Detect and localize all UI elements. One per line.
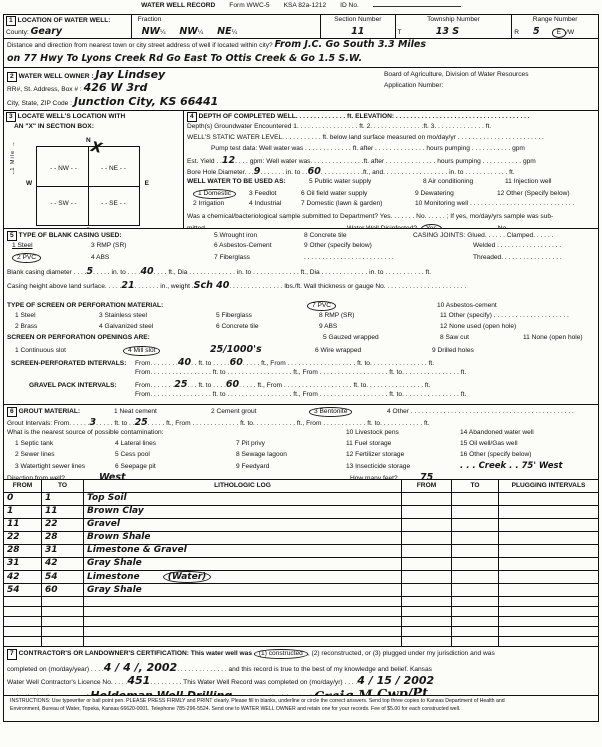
plug-to xyxy=(452,519,499,532)
grout-opt-2: 2 Cement grout xyxy=(211,408,309,416)
plug-desc xyxy=(499,584,599,597)
business-name-value: Holdeman Well Drilling xyxy=(90,689,232,696)
screen-opt-9: 9 ABS xyxy=(319,323,440,331)
plug-desc xyxy=(499,493,599,506)
casing-weight-value: Sch 40 xyxy=(194,280,230,291)
screen-material-title: TYPE OF SCREEN OR PERFORATION MATERIAL: xyxy=(7,302,307,310)
township-cell: Township Number T13 S xyxy=(396,15,513,38)
section3-title-line2: AN "X" IN SECTION BOX: xyxy=(14,123,94,130)
log-row-empty xyxy=(4,617,599,627)
screen-perforation-block: TYPE OF SCREEN OR PERFORATION MATERIAL:7… xyxy=(3,299,599,357)
log-from: 0 xyxy=(4,493,42,506)
grout-opt-1: 1 Neat cement xyxy=(114,408,211,416)
sp-post: . . . . . ft., From . . . . . . . . . . … xyxy=(243,360,434,368)
log-desc: Brown Clay xyxy=(84,506,402,519)
grout-opt-4: 4 Other . . . . . . . . . . . . . . . . … xyxy=(387,408,574,416)
log-row: 4254Limestone (Water) xyxy=(4,571,599,584)
use-row-3: 2 Irrigation4 Industrial7 Domestic (lawn… xyxy=(187,200,595,211)
gi-post: . . . . . ft., From . . . . . . . . . . … xyxy=(148,420,430,427)
signature-value: Craig M Cwp/Pt xyxy=(314,686,429,696)
openings-opt-4: 4 Mill slot xyxy=(128,347,155,354)
log-cell-empty xyxy=(452,617,499,627)
plug-from xyxy=(402,545,452,558)
range-label: Range Number xyxy=(514,16,596,27)
form-number: Form WWC-5 xyxy=(229,2,269,10)
log-from: 1 xyxy=(4,506,42,519)
section2-number: 2 xyxy=(7,72,17,82)
log-cell-empty xyxy=(499,617,599,627)
contam-opt-8: 8 Sewage lagoon xyxy=(236,451,346,459)
openings-opt-8: 8 Saw cut xyxy=(440,334,523,342)
log-to: 54 xyxy=(42,571,84,584)
use-opt-4: 4 Industrial xyxy=(249,200,301,208)
dia-mid: . . . . . in. to . . . . xyxy=(93,269,140,276)
county-cell: 1LOCATION OF WATER WELL: County: Geary xyxy=(4,15,132,38)
plug-to xyxy=(452,506,499,519)
grout-title: GROUT MATERIAL: xyxy=(19,408,80,415)
instructions-line1: INSTRUCTIONS: Use typewriter or ball poi… xyxy=(10,698,592,706)
screen-opt-4: 4 Galvanized steel xyxy=(99,323,216,331)
log-cell-empty xyxy=(402,597,452,607)
plug-to xyxy=(452,584,499,597)
grid-horizontal-line xyxy=(37,186,139,187)
use-opt-12: 12 Other (Specify below) xyxy=(497,190,570,198)
screen-interval-from-value: 40 xyxy=(178,358,191,368)
section1-location: 1LOCATION OF WATER WELL: County: Geary F… xyxy=(3,14,599,39)
blank-casing-diameter-line: Blank casing diameter . . . .5. . . . . … xyxy=(7,267,595,278)
use-opt-2: 2 Irrigation xyxy=(193,200,249,208)
dia-post: . . . . ft., Dia . . . . . . . . . . . .… xyxy=(154,269,431,276)
col-lithologic-log: LITHOLOGIC LOG xyxy=(84,480,402,493)
section1-number: 1 xyxy=(6,16,16,26)
log-cell-empty xyxy=(42,627,84,637)
quadrant-se-label: SE xyxy=(101,200,126,208)
gi-mid: . . . . . ft. to . . xyxy=(96,420,134,427)
fraction-cell: Fraction NW¼ NW¼ NE¼ xyxy=(132,15,321,38)
arrow-up-icon: ↑ xyxy=(12,142,15,150)
section2-title: WATER WELL OWNER : xyxy=(19,73,94,80)
casing-opt-6: 6 Asbestos-Cement xyxy=(214,242,304,250)
static-level-line: WELL'S STATIC WATER LEVEL. . . . . . . .… xyxy=(187,134,595,145)
screen-intervals-label: SCREEN-PERFORATED INTERVALS: xyxy=(7,360,135,368)
log-desc: Gray Shale xyxy=(84,558,402,571)
slot-size-value: 25/1000's xyxy=(210,345,315,355)
one-mile-arrow: ↑ 1 Mile ↓ xyxy=(10,142,17,226)
range-value: 5 xyxy=(533,26,540,37)
plug-to xyxy=(452,571,499,584)
contam-opt-16: 16 Other (specify below) xyxy=(460,451,531,459)
section1-title: LOCATION OF WATER WELL: xyxy=(18,17,111,24)
screen-opt-7-circled: 7 PVC xyxy=(307,301,437,311)
log-cell-empty xyxy=(42,597,84,607)
use-opt-3: 3 Feedlot xyxy=(249,190,301,198)
section-number-value: 11 xyxy=(351,26,364,37)
owner-city-value: Junction City, KS 66441 xyxy=(74,95,219,108)
contam-opt-10: 10 Livestock pens xyxy=(346,429,460,437)
casing-opt-2-circled: 2 PVC xyxy=(12,253,91,263)
use-opt-1-circled: 1 Domestic xyxy=(193,189,249,199)
sp-mid: . . ft. to . . . . . xyxy=(191,360,229,368)
use-label: WELL WATER TO BE USED AS: xyxy=(187,178,309,186)
openings-opt-5: 5 Gauzed wrapped xyxy=(323,334,440,342)
licence-number-value: 451 xyxy=(127,674,150,687)
constructed-circled: (1) constructed xyxy=(254,649,308,659)
owner-address-label: RR#, St. Address, Box # : xyxy=(7,86,82,93)
casing-opt-4: 4 ABS xyxy=(91,254,214,262)
contam-opt-11: 11 Fuel storage xyxy=(346,440,460,448)
gi-pre: Grout Intervals: From. . . . . . xyxy=(7,420,89,427)
log-desc: Brown Shale xyxy=(84,532,402,545)
arrow-down-icon: ↓ xyxy=(12,170,15,178)
screen-opt-6: 6 Concrete tile xyxy=(216,323,319,331)
casing-joint-threaded: Threaded. . . . . . . . . . . . . . . . … xyxy=(413,254,562,262)
section4-number: 4 xyxy=(187,112,197,122)
log-cell-empty xyxy=(84,607,402,617)
north-label: N xyxy=(86,137,91,145)
log-to: 31 xyxy=(42,545,84,558)
contam-opt-2: 2 Sewer lines xyxy=(15,451,115,459)
use-row-2: 1 Domestic3 Feedlot6 Oil field water sup… xyxy=(187,189,595,200)
log-cell-empty xyxy=(452,627,499,637)
grout-intervals-line: Grout Intervals: From. . . . . .3. . . .… xyxy=(7,418,595,429)
log-to: 11 xyxy=(42,506,84,519)
section-grid-box: NW NE SW SE N S W E X xyxy=(36,146,140,226)
screen-opt-12: 12 None used (open hole) xyxy=(440,323,516,331)
one-mile-label: 1 Mile xyxy=(10,150,17,171)
contam-opt-5: 5 Cess pool xyxy=(115,451,236,459)
log-cell-empty xyxy=(402,607,452,617)
cert-l2-post: . . . . . . . . . . . . . . and this rec… xyxy=(177,666,432,673)
log-from: 22 xyxy=(4,532,42,545)
log-row: 3142Gray Shale xyxy=(4,558,599,571)
plug-desc xyxy=(499,545,599,558)
log-from: 42 xyxy=(4,571,42,584)
contam-opt-9: 9 Feedyard xyxy=(236,463,346,471)
log-cell-empty xyxy=(402,617,452,627)
log-from: 11 xyxy=(4,519,42,532)
cert-pre: CONTRACTOR'S OR LANDOWNER'S CERTIFICATIO… xyxy=(19,650,252,657)
use-opt-10: 10 Monitoring well . . . . . . . . . . .… xyxy=(415,200,574,208)
grout-opt-3: 3 Bentonite xyxy=(314,408,347,415)
casing-opt-2: 2 PVC xyxy=(17,254,36,261)
bore-depth-value: 60 xyxy=(308,166,321,177)
distance-label: Distance and direction from nearest town… xyxy=(7,42,273,49)
contam-opt-3: 3 Watertight sewer lines xyxy=(15,463,115,471)
quadrant-ne-label: NE xyxy=(101,165,126,173)
screen-opt-7: 7 PVC xyxy=(312,302,331,309)
county-label: County: xyxy=(6,29,29,36)
plug-to xyxy=(452,493,499,506)
plug-desc xyxy=(499,506,599,519)
section2-owner: 2WATER WELL OWNER : Jay Lindsey RR#, St.… xyxy=(3,67,599,111)
sample-question-line: Was a chemical/bacteriological sample su… xyxy=(187,213,595,224)
contam-opt-12: 12 Fertilizer storage xyxy=(346,451,460,459)
log-cell-empty xyxy=(499,637,599,647)
distance-value-line2: on 77 Hwy To Lyons Creek Rd Go East To O… xyxy=(7,53,362,64)
quadrant-nw-label: NW xyxy=(50,165,77,173)
log-cell-empty xyxy=(42,617,84,627)
casing-opt-1-underlined: 1 Steel xyxy=(12,242,91,250)
plug-from xyxy=(402,558,452,571)
plug-to xyxy=(452,545,499,558)
wwc5-water-well-record-form: WATER WELL RECORD Form WWC-5 KSA 82a-121… xyxy=(0,0,602,747)
contam-opt-6: 6 Seepage pit xyxy=(115,463,236,471)
log-cell-empty xyxy=(452,597,499,607)
openings-opt-4-circled: 4 Mill slot xyxy=(123,346,210,356)
log-row: 2228Brown Shale xyxy=(4,532,599,545)
gp-pre: From. . . . . . . xyxy=(135,382,174,390)
section-number-cell: Section Number 11 xyxy=(321,15,396,38)
use-opt-8: 8 Air conditioning xyxy=(423,178,505,186)
casing-opt-other-blank: . . . . . . . . . . . . . . . . . . . . … xyxy=(304,254,413,262)
casing-joints-label: CASING JOINTS: Glued. . . . . . Clamped.… xyxy=(413,232,553,240)
screen-opt-11: 11 Other (specify) . . . . . . . . . . .… xyxy=(440,312,569,320)
plug-to xyxy=(452,532,499,545)
casing-height-line: Casing height above land surface. . . . … xyxy=(7,281,595,292)
col-from-right: FROM xyxy=(402,480,452,493)
form-id-blank xyxy=(373,6,461,7)
range-prefix: R xyxy=(514,29,519,36)
record-completed-label: . . . . . . . . . This Water Well Record… xyxy=(150,679,357,686)
screen-opt-2: 2 Brass xyxy=(15,323,99,331)
plug-to xyxy=(452,558,499,571)
log-cell-empty xyxy=(84,637,402,647)
section6-number: 6 xyxy=(7,407,17,417)
grout-opt-3-circled: 3 Bentonite xyxy=(309,407,387,417)
casing-opt-8: 8 Concrete tile xyxy=(304,232,413,240)
log-from: 28 xyxy=(4,545,42,558)
height-post: . . . . . . . . . . . . . . . lbs./ft. W… xyxy=(229,283,466,290)
log-from: 54 xyxy=(4,584,42,597)
use-row-1: WELL WATER TO BE USED AS:5 Public water … xyxy=(187,178,595,189)
use-opt-9: 9 Dewatering xyxy=(415,190,497,198)
licence-label: Water Well Contractor's Licence No. . . … xyxy=(7,679,127,686)
cert-post: , (2) reconstructed, or (3) plugged unde… xyxy=(308,650,495,657)
casing-depth-value: 40 xyxy=(140,266,153,277)
owner-name-value: Jay Lindsey xyxy=(95,68,165,81)
log-row: 2831Limestone & Gravel xyxy=(4,545,599,558)
pump-test-line: Pump test data: Well water was . . . . .… xyxy=(187,145,595,156)
quadrant-sw-label: SW xyxy=(50,200,76,208)
log-cell-empty xyxy=(42,607,84,617)
owner-right: Board of Agriculture, Division of Water … xyxy=(380,68,598,110)
plug-from xyxy=(402,571,452,584)
owner-left: 2WATER WELL OWNER : Jay Lindsey RR#, St.… xyxy=(4,68,380,110)
intervals-block: SCREEN-PERFORATED INTERVALS:From. . . . … xyxy=(3,356,599,405)
use-opt-11: 11 Injection well xyxy=(505,178,551,186)
owner-city-label: City, State, ZIP Code : xyxy=(7,100,72,107)
log-desc: Limestone & Gravel xyxy=(84,545,402,558)
bore-mid: . . . . . . . in. to . . xyxy=(260,169,307,176)
log-to: 42 xyxy=(42,558,84,571)
sample-question-cont: mitted xyxy=(187,225,347,228)
log-desc: Gravel xyxy=(84,519,402,532)
log-cell-empty xyxy=(4,607,42,617)
plug-from xyxy=(402,584,452,597)
gravel-intervals-line2: From. . . . . . . . . . . . . . . . . ft… xyxy=(135,391,466,399)
est-yield-post: . . . . gpm: Well water was. . . . . . .… xyxy=(235,158,536,165)
fraction-label: Fraction xyxy=(138,16,162,23)
contamination-question: What is the nearest source of possible c… xyxy=(7,429,346,437)
screen-opt-8: 8 RMP (SR) xyxy=(319,312,440,320)
col-to-left: TO xyxy=(42,480,84,493)
dia-pre: Blank casing diameter . . . . xyxy=(7,269,87,276)
range-east-circled: E xyxy=(552,28,566,38)
contam-opt-14: 14 Abandoned water well xyxy=(460,429,534,437)
screen-opt-10: 10 Asbestos-cement xyxy=(437,302,497,310)
height-mid: . . . . . . . in., weight . xyxy=(135,283,194,290)
quarter-glyph-3: ¼ xyxy=(232,29,238,36)
lithologic-log-table: FROM TO LITHOLOGIC LOG FROM TO PLUGGING … xyxy=(3,479,599,647)
feet-value: 75 xyxy=(420,473,433,480)
section3-number: 3 xyxy=(6,112,16,122)
plug-from xyxy=(402,532,452,545)
well-location-x-mark: X xyxy=(90,140,103,156)
fraction-3-value: NE xyxy=(217,26,231,37)
casing-opt-9: 9 Other (specify below) xyxy=(304,242,413,250)
section7-certification: 7CONTRACTOR'S OR LANDOWNER'S CERTIFICATI… xyxy=(3,646,599,696)
openings-title: SCREEN OR PERFORATION OPENINGS ARE: xyxy=(7,334,323,342)
section7-number: 7 xyxy=(7,649,17,659)
section5-casing: 5TYPE OF BLANK CASING USED:5 Wrought iro… xyxy=(3,228,599,300)
groundwater-line: Depth(s) Groundwater Encountered 1. . . … xyxy=(187,123,595,134)
contam-opt-1: 1 Septic tank xyxy=(15,440,115,448)
openings-opt-11: 11 None (open hole) xyxy=(523,334,583,342)
casing-opt-5: 5 Wrought iron xyxy=(214,232,304,240)
form-id-label: ID No. xyxy=(340,2,359,10)
distance-direction-block: Distance and direction from nearest town… xyxy=(3,38,599,68)
distance-value-line1: From J.C. Go South 3.3 Miles xyxy=(275,39,426,50)
log-row: 01Top Soil xyxy=(4,493,599,506)
county-value: Geary xyxy=(31,26,63,37)
instructions-line2: Environment, Bureau of Water, Topeka, Ka… xyxy=(10,706,592,714)
use-opt-6: 6 Oil field water supply xyxy=(301,190,415,198)
log-cell-empty xyxy=(42,637,84,647)
plug-from xyxy=(402,519,452,532)
gp-mid: . . . ft. to . . . . xyxy=(187,382,225,390)
owner-address-value: 426 W 3rd xyxy=(84,81,148,94)
plug-desc xyxy=(499,558,599,571)
log-cell-empty xyxy=(4,617,42,627)
screen-interval-to-value: 60 xyxy=(230,358,243,368)
screen-opt-1: 1 Steel xyxy=(15,312,99,320)
water-note-circled: (Water) xyxy=(163,571,211,583)
log-desc-with-note: Limestone (Water) xyxy=(84,571,402,584)
log-header-row: FROM TO LITHOLOGIC LOG FROM TO PLUGGING … xyxy=(4,480,599,493)
contam-opt-13: 13 Insecticide storage xyxy=(346,463,460,471)
section3-4-block: 3LOCATE WELL'S LOCATION WITH AN "X" IN S… xyxy=(3,110,599,229)
plug-desc xyxy=(499,519,599,532)
log-cell-empty xyxy=(452,637,499,647)
col-plugging-intervals: PLUGGING INTERVALS xyxy=(499,480,599,493)
log-cell-empty xyxy=(84,627,402,637)
section3-title-line1: LOCATE WELL'S LOCATION WITH xyxy=(18,113,126,120)
use-opt-1: 1 Domestic xyxy=(198,190,231,197)
log-cell-empty xyxy=(4,597,42,607)
section5-number: 5 xyxy=(7,231,17,241)
log-row-empty xyxy=(4,597,599,607)
section3-locator: 3LOCATE WELL'S LOCATION WITH AN "X" IN S… xyxy=(4,111,184,228)
openings-opt-1: 1 Continuous slot xyxy=(15,347,123,355)
use-opt-5: 5 Public water supply xyxy=(309,178,423,186)
plug-from xyxy=(402,506,452,519)
fraction-2-value: NW xyxy=(179,26,197,37)
form-ksa: KSA 82a-1212 xyxy=(284,2,327,10)
contamination-source-value: . . . Creek . . 75' West xyxy=(460,462,563,471)
gravel-interval-from-value: 25 xyxy=(174,380,187,390)
disinfected-no: No xyxy=(498,225,506,228)
range-cell: Range Number R5E/W xyxy=(512,15,598,38)
log-row-empty xyxy=(4,627,599,637)
gravel-intervals-label: GRAVEL PACK INTERVALS: xyxy=(7,382,135,390)
casing-title-wrap: 5TYPE OF BLANK CASING USED: xyxy=(7,231,214,241)
fraction-1-value: NW xyxy=(142,26,160,37)
township-value: 13 S xyxy=(436,26,459,37)
log-row-empty xyxy=(4,637,599,647)
log-row-empty xyxy=(4,607,599,617)
bore-hole-line: Bore Hole Diameter. . .9. . . . . . . in… xyxy=(187,167,595,178)
log-to: 28 xyxy=(42,532,84,545)
range-west: /W xyxy=(566,29,574,36)
openings-opt-6: 6 Wire wrapped xyxy=(315,347,432,355)
log-cell-empty xyxy=(452,607,499,617)
east-label: E xyxy=(145,180,149,188)
casing-title: TYPE OF BLANK CASING USED: xyxy=(19,232,122,239)
openings-opt-9: 9 Drilled holes xyxy=(432,347,474,355)
screen-opt-5: 5 Fiberglass xyxy=(216,312,319,320)
est-yield-pre: Est. Yield . . xyxy=(187,158,222,165)
plug-from xyxy=(402,493,452,506)
log-cell-empty xyxy=(84,617,402,627)
screen-opt-3: 3 Stainless steel xyxy=(99,312,216,320)
log-desc: Limestone xyxy=(87,572,140,582)
log-cell-empty xyxy=(499,627,599,637)
contam-opt-7: 7 Pit privy xyxy=(236,440,346,448)
log-to: 22 xyxy=(42,519,84,532)
casing-opt-7: 7 Fiberglass xyxy=(214,254,304,262)
contam-opt-15: 15 Oil well/Gas well xyxy=(460,440,518,448)
col-from-left: FROM xyxy=(4,480,42,493)
plug-desc xyxy=(499,571,599,584)
log-cell-empty xyxy=(84,597,402,607)
grout-title-wrap: 6GROUT MATERIAL: xyxy=(7,407,114,417)
range-east: E xyxy=(557,29,561,36)
height-pre: Casing height above land surface. . . . … xyxy=(7,283,121,290)
water-note: (Water) xyxy=(168,572,206,582)
instructions-box: INSTRUCTIONS: Use typewriter or ball poi… xyxy=(3,695,599,722)
casing-joint-welded: Welded . . . . . . . . . . . . . . . . .… xyxy=(413,242,561,250)
board-of-agriculture-label: Board of Agriculture, Division of Water … xyxy=(384,71,594,82)
log-cell-empty xyxy=(4,637,42,647)
log-row: 5460Gray Shale xyxy=(4,584,599,597)
col-to-right: TO xyxy=(452,480,499,493)
log-to: 60 xyxy=(42,584,84,597)
quarter-glyph-1: ¼ xyxy=(160,29,166,36)
log-cell-empty xyxy=(402,627,452,637)
log-desc: Top Soil xyxy=(84,493,402,506)
section4-depth: 4DEPTH OF COMPLETED WELL. . . . . . . . … xyxy=(184,111,598,228)
log-desc: Gray Shale xyxy=(84,584,402,597)
bore-post: . . . . . . . . . . . .ft., and. . . . .… xyxy=(321,169,515,176)
log-cell-empty xyxy=(499,607,599,617)
constructed-option: (1) constructed xyxy=(259,650,303,657)
township-prefix: T xyxy=(398,29,402,36)
disinfected-line: mittedWater Well Disinfected?YesNo xyxy=(187,224,595,228)
gp-post: . . . . . ft., From . . . . . . . . . . … xyxy=(239,382,430,390)
screen-intervals-line2: From. . . . . . . . . . . . . . . . . ft… xyxy=(135,369,466,377)
use-opt-7: 7 Domestic (lawn & garden) xyxy=(301,200,415,208)
direction-value: West xyxy=(99,473,350,480)
